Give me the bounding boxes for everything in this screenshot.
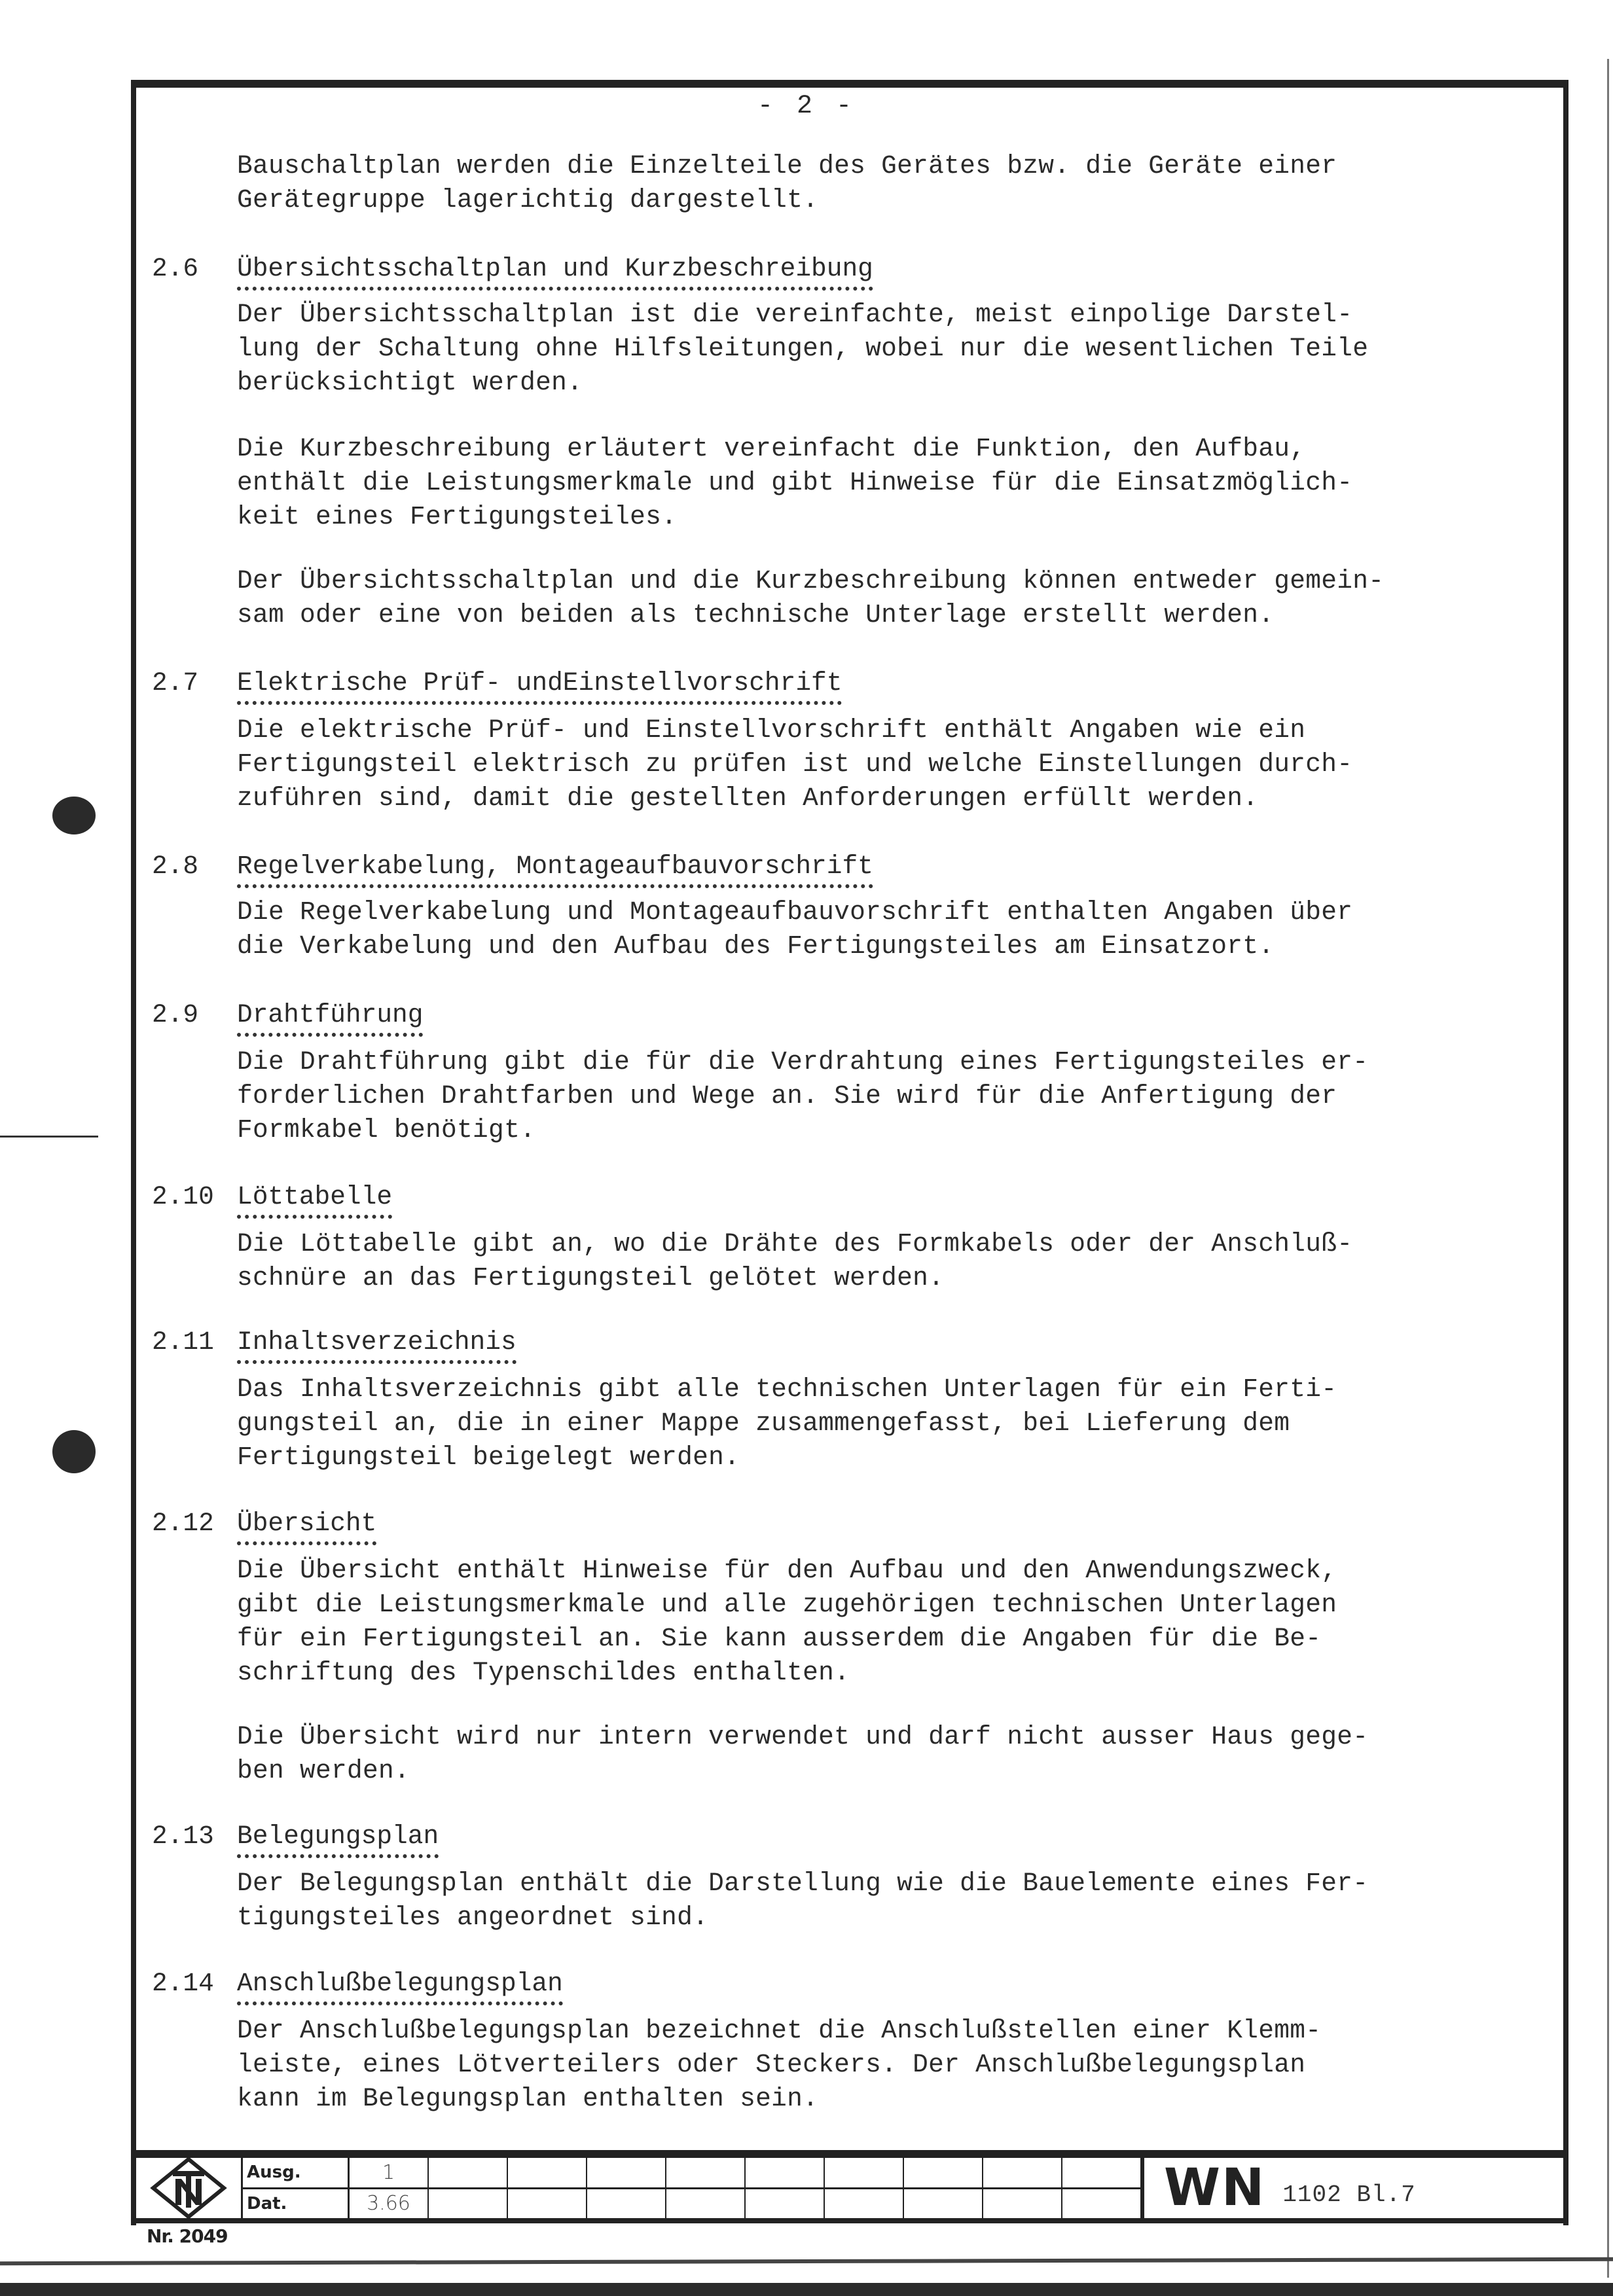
paragraph-line: enthält die Leistungsmerkmale und gibt H… xyxy=(237,466,1546,500)
document-id: WN 1102 Bl.7 xyxy=(1140,2158,1563,2218)
revision-column: 1 3.66 xyxy=(350,2158,429,2218)
section-title: Übersichtsschaltplan und Kurzbeschreibun… xyxy=(237,252,873,291)
tn-logo-icon xyxy=(136,2158,243,2218)
paragraph-line: tigungsteiles angeordnet sind. xyxy=(237,1901,1546,1935)
paragraph-line: ben werden. xyxy=(237,1754,1546,1788)
section-number: 2.11 xyxy=(152,1325,214,1359)
paragraph-line: Die Regelverkabelung und Montageaufbauvo… xyxy=(237,895,1546,929)
section-number: 2.14 xyxy=(152,1967,214,2001)
doc-number: 1102 Bl.7 xyxy=(1282,2181,1415,2208)
section-title: Übersicht xyxy=(237,1507,376,1545)
paragraph-line: gungsteil an, die in einer Mappe zusamme… xyxy=(237,1407,1546,1441)
revision-column-empty xyxy=(508,2158,587,2218)
intro-line-2: Gerätegruppe lagerichtig dargestellt. xyxy=(237,183,1546,217)
paragraph-line: gibt die Leistungsmerkmale und alle zuge… xyxy=(237,1588,1546,1622)
paragraph-line: für ein Fertigungsteil an. Sie kann auss… xyxy=(237,1622,1546,1656)
form-number: Nr. 2049 xyxy=(147,2225,228,2247)
paragraph-line: Das Inhaltsverzeichnis gibt alle technis… xyxy=(237,1372,1546,1407)
revision-column-empty xyxy=(1062,2158,1140,2218)
paragraph-line: Die Übersicht enthält Hinweise für den A… xyxy=(237,1554,1546,1588)
paragraph-line: Fertigungsteil elektrisch zu prüfen ist … xyxy=(237,747,1546,781)
paragraph-line: kann im Belegungsplan enthalten sein. xyxy=(237,2082,1546,2116)
title-block: Ausg. Dat. 1 3.66 WN 1102 Bl.7 xyxy=(131,2150,1568,2223)
section-number: 2.10 xyxy=(152,1180,214,1214)
section-title: Elektrische Prüf- undEinstellvorschrift xyxy=(237,666,842,705)
dat-value: 3.66 xyxy=(350,2189,427,2219)
paragraph-line: keit eines Fertigungsteiles. xyxy=(237,500,1546,534)
paragraph-line: Die elektrische Prüf- und Einstellvorsch… xyxy=(237,713,1546,747)
section-number: 2.12 xyxy=(152,1507,214,1541)
paragraph-line: Die Drahtführung gibt die für die Verdra… xyxy=(237,1045,1546,1079)
paragraph-line: forderlichen Drahtfarben und Wege an. Si… xyxy=(237,1079,1546,1113)
paragraph-line: lung der Schaltung ohne Hilfsleitungen, … xyxy=(237,332,1546,366)
paragraph-line: berücksichtigt werden. xyxy=(237,366,1546,400)
page-edge xyxy=(1607,59,1609,2278)
section-number: 2.13 xyxy=(152,1820,214,1854)
section-title: Löttabelle xyxy=(237,1180,392,1219)
section-number: 2.9 xyxy=(152,998,198,1032)
paragraph-line: Die Löttabelle gibt an, wo die Drähte de… xyxy=(237,1227,1546,1261)
paragraph-line: Der Übersichtsschaltplan und die Kurzbes… xyxy=(237,564,1546,598)
scan-edge-band xyxy=(0,2283,1613,2296)
revision-column-empty xyxy=(825,2158,904,2218)
paragraph-line: sam oder eine von beiden als technische … xyxy=(237,598,1546,632)
paragraph-line: Der Anschlußbelegungsplan bezeichnet die… xyxy=(237,2014,1546,2048)
fold-mark xyxy=(0,1136,98,1138)
section-title: Inhaltsverzeichnis xyxy=(237,1325,517,1364)
paragraph-line: Der Belegungsplan enthält die Darstellun… xyxy=(237,1867,1546,1901)
paragraph-line: Die Kurzbeschreibung erläutert vereinfac… xyxy=(237,432,1546,466)
page-number: - 2 - xyxy=(0,92,1613,121)
paragraph-line: die Verkabelung und den Aufbau des Ferti… xyxy=(237,929,1546,963)
section-title: Drahtführung xyxy=(237,998,423,1037)
revision-column-empty xyxy=(746,2158,825,2218)
section-title: Belegungsplan xyxy=(237,1820,439,1858)
dat-label: Dat. xyxy=(243,2189,348,2219)
revision-column-empty xyxy=(904,2158,983,2218)
paragraph-line: schriftung des Typenschildes enthalten. xyxy=(237,1656,1546,1690)
paragraph-line: Der Übersichtsschaltplan ist die vereinf… xyxy=(237,298,1546,332)
ausg-value: 1 xyxy=(350,2158,427,2189)
paragraph-line: leiste, eines Lötverteilers oder Stecker… xyxy=(237,2048,1546,2082)
intro-line-1: Bauschaltplan werden die Einzelteile des… xyxy=(237,149,1546,183)
section-title: Anschlußbelegungsplan xyxy=(237,1967,563,2005)
paragraph-line: zuführen sind, damit die gestellten Anfo… xyxy=(237,781,1546,816)
section-title: Regelverkabelung, Montageaufbauvorschrif… xyxy=(237,850,873,888)
section-number: 2.8 xyxy=(152,850,198,884)
paragraph-line: schnüre an das Fertigungsteil gelötet we… xyxy=(237,1261,1546,1295)
cut-line xyxy=(0,2257,1613,2265)
ausg-label: Ausg. xyxy=(243,2158,348,2189)
section-number: 2.7 xyxy=(152,666,198,700)
punch-hole-top xyxy=(52,797,96,834)
paragraph-line: Die Übersicht wird nur intern verwendet … xyxy=(237,1720,1546,1754)
revision-column-empty xyxy=(429,2158,508,2218)
title-block-labels: Ausg. Dat. xyxy=(243,2158,350,2218)
paragraph-line: Fertigungsteil beigelegt werden. xyxy=(237,1441,1546,1475)
punch-hole-bottom xyxy=(52,1430,96,1473)
doc-prefix: WN xyxy=(1164,2159,1265,2217)
revision-column-empty xyxy=(587,2158,666,2218)
paragraph-line: Formkabel benötigt. xyxy=(237,1113,1546,1147)
section-number: 2.6 xyxy=(152,252,198,286)
revision-column-empty xyxy=(666,2158,746,2218)
revision-column-empty xyxy=(983,2158,1062,2218)
